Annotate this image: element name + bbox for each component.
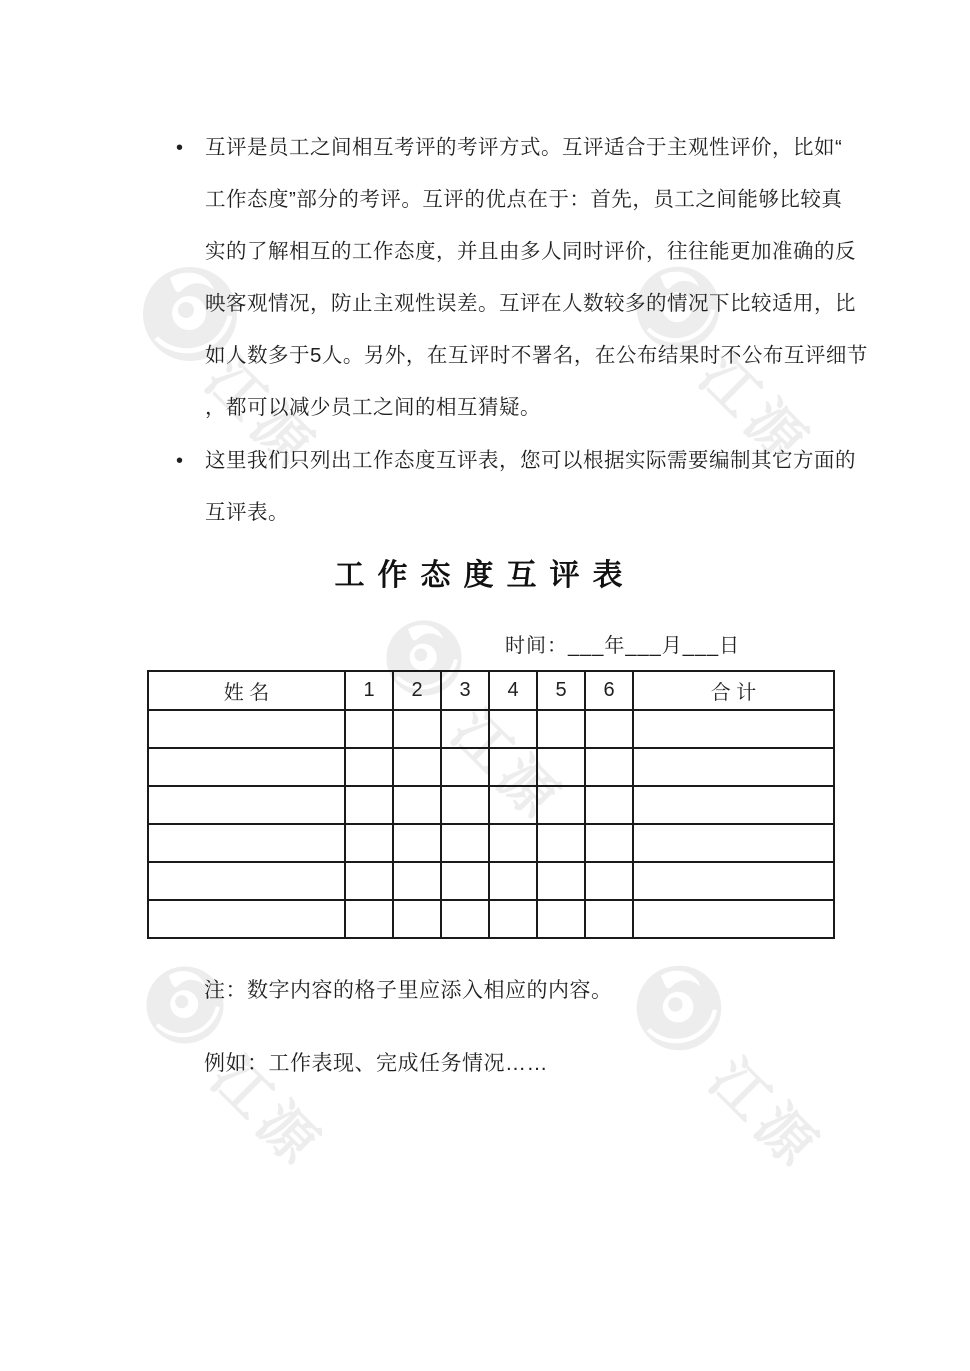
table-cell-empty (537, 786, 585, 824)
body-text-line: 这里我们只列出工作态度互评表，您可以根据实际需要编制其它方面的 (205, 435, 830, 487)
table-row (148, 710, 834, 748)
table-cell-empty (393, 786, 441, 824)
evaluation-table: 姓 名 1 2 3 4 5 6 合 计 (147, 670, 835, 939)
example-text: 例如：工作表现、完成任务情况…… (204, 1047, 548, 1077)
table-cell-empty (585, 786, 633, 824)
bullet-marker: • (176, 435, 183, 487)
date-line: 时间：___年___月___日 (505, 629, 740, 658)
body-text-line: 工作态度”部分的考评。互评的优点在于：首先，员工之间能够比较真 (205, 174, 830, 226)
watermark-logo-icon (634, 963, 724, 1053)
table-cell-empty (489, 824, 537, 862)
table-cell-empty (489, 748, 537, 786)
table-cell-empty (585, 862, 633, 900)
table-cell-empty (345, 786, 393, 824)
table-cell-empty (441, 824, 489, 862)
table-cell-empty (537, 748, 585, 786)
table-header-name: 姓 名 (148, 671, 345, 710)
table-cell-empty (633, 900, 834, 938)
table-header-row: 姓 名 1 2 3 4 5 6 合 计 (148, 671, 834, 710)
table-cell-empty (585, 710, 633, 748)
table-header-2: 2 (393, 671, 441, 710)
table-cell-empty (148, 710, 345, 748)
table-cell-empty (633, 748, 834, 786)
table-cell-empty (441, 710, 489, 748)
table-row (148, 900, 834, 938)
table-header-6: 6 (585, 671, 633, 710)
table-row (148, 748, 834, 786)
table-cell-empty (345, 710, 393, 748)
bullet-paragraph: • 这里我们只列出工作态度互评表，您可以根据实际需要编制其它方面的 互评表。 (205, 435, 830, 539)
bullet-paragraph: • 互评是员工之间相互考评的考评方式。互评适合于主观性评价，比如“ 工作态度”部… (205, 122, 830, 434)
table-cell-empty (148, 786, 345, 824)
table-cell-empty (489, 900, 537, 938)
table-cell-empty (345, 900, 393, 938)
table-cell-empty (148, 824, 345, 862)
bullet-marker: • (176, 122, 183, 174)
table-row (148, 824, 834, 862)
table-header-5: 5 (537, 671, 585, 710)
document-page: 江源 江源 江源 江源 江源 • 互评是员工之间相互考评的考评方式。互评适合于主… (0, 0, 970, 1371)
table-cell-empty (148, 748, 345, 786)
table-header-4: 4 (489, 671, 537, 710)
table-cell-empty (585, 748, 633, 786)
note-text: 注：数字内容的格子里应添入相应的内容。 (204, 974, 613, 1004)
form-title: 工作态度互评表 (0, 550, 970, 594)
table-cell-empty (585, 900, 633, 938)
table-cell-empty (441, 900, 489, 938)
watermark-text: 江源 (694, 1038, 841, 1185)
body-text-line: 映客观情况，防止主观性误差。互评在人数较多的情况下比较适用，比 (205, 278, 830, 330)
table-cell-empty (441, 862, 489, 900)
table-cell-empty (393, 900, 441, 938)
table-cell-empty (393, 824, 441, 862)
body-text-line: ，都可以减少员工之间的相互猜疑。 (205, 382, 830, 434)
body-text-line: 互评表。 (205, 487, 830, 539)
table-cell-empty (345, 862, 393, 900)
table-cell-empty (345, 748, 393, 786)
table-cell-empty (441, 748, 489, 786)
table-cell-empty (393, 710, 441, 748)
table-cell-empty (441, 786, 489, 824)
table-cell-empty (633, 710, 834, 748)
table-cell-empty (537, 710, 585, 748)
table-body (148, 710, 834, 938)
table-cell-empty (393, 748, 441, 786)
table-row (148, 786, 834, 824)
table-cell-empty (345, 824, 393, 862)
body-text-line: 互评是员工之间相互考评的考评方式。互评适合于主观性评价，比如“ (205, 122, 830, 174)
table-cell-empty (489, 710, 537, 748)
body-text-line: 实的了解相互的工作态度，并且由多人同时评价，往往能更加准确的反 (205, 226, 830, 278)
table-cell-empty (633, 862, 834, 900)
table-cell-empty (537, 862, 585, 900)
table-header-3: 3 (441, 671, 489, 710)
table-cell-empty (633, 786, 834, 824)
table-cell-empty (633, 824, 834, 862)
table-cell-empty (393, 862, 441, 900)
table-row (148, 862, 834, 900)
table-header-total: 合 计 (633, 671, 834, 710)
table-cell-empty (148, 862, 345, 900)
table-cell-empty (537, 900, 585, 938)
body-text-line: 如人数多于5人。另外，在互评时不署名，在公布结果时不公布互评细节 (205, 330, 830, 382)
table-cell-empty (148, 900, 345, 938)
table-cell-empty (489, 862, 537, 900)
table-cell-empty (585, 824, 633, 862)
table-cell-empty (537, 824, 585, 862)
table-header-1: 1 (345, 671, 393, 710)
table-cell-empty (489, 786, 537, 824)
